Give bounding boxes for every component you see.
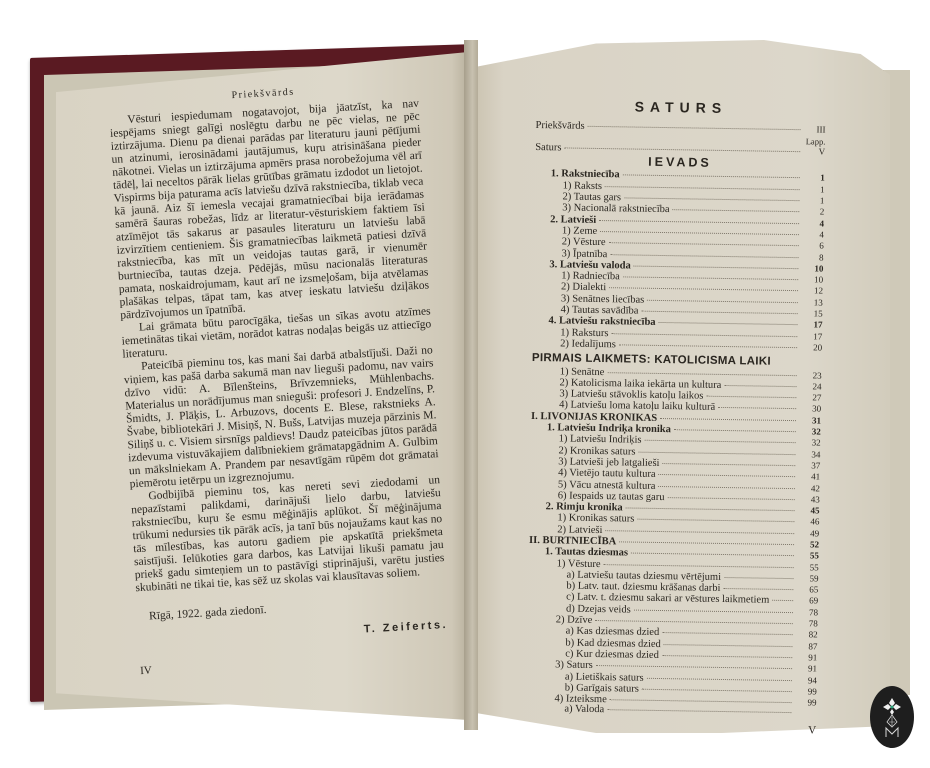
dot-leader: [631, 553, 794, 557]
dot-leader: [662, 463, 795, 466]
dot-leader: [723, 588, 793, 590]
dot-leader: [718, 407, 796, 409]
toc-entry-page: 12: [801, 286, 823, 297]
toc-entry-label: 1. Tautas dziesmas: [545, 547, 628, 559]
dot-leader: [724, 577, 793, 579]
dot-leader: [623, 277, 798, 281]
toc-entry-label: a) Valoda: [564, 705, 604, 716]
toc-entry-page: 94: [795, 675, 817, 686]
toc-entry-page: 30: [799, 404, 821, 415]
toc-entry-label: Saturs: [535, 143, 561, 154]
toc-entry-page: 99: [794, 697, 816, 708]
toc-entry-page: 17: [800, 320, 822, 331]
dot-leader: [724, 385, 796, 387]
dot-leader: [662, 632, 792, 635]
toc-entry-page: 1: [803, 173, 825, 184]
toc-entry-page: 32: [799, 437, 821, 448]
toc-entry-page: 69: [796, 596, 818, 607]
dot-leader: [638, 451, 795, 454]
toc-part-list: 1) Senātne232) Katolicisma laika iekārta…: [526, 365, 821, 719]
toc-entry-page: 6: [802, 240, 824, 251]
toc-intro-list: 1. Rakstniecība11) Raksts12) Tautas gars…: [532, 168, 825, 353]
toc-entry-label: 1) Raksts: [563, 181, 603, 192]
dot-leader: [623, 175, 800, 179]
dot-leader: [660, 418, 796, 421]
toc-entry-page: 10: [801, 274, 823, 285]
dot-leader: [607, 372, 796, 376]
author-signature: T. Zeiferts.: [138, 619, 448, 649]
toc-entry-page: 42: [798, 483, 820, 494]
dot-leader: [667, 497, 794, 500]
dot-leader: [624, 197, 799, 201]
dot-leader: [673, 210, 800, 213]
toc-entry-label: 2) Vēsture: [562, 238, 606, 249]
toc-entry-label: 1) Kronikas saturs: [557, 514, 634, 526]
toc-entry-page: 78: [796, 618, 818, 629]
toc-entry-label: 2) Latvieši: [557, 525, 602, 536]
book-gutter: [464, 40, 478, 730]
dot-leader: [596, 665, 792, 669]
dot-leader: [637, 519, 794, 522]
dot-leader: [647, 677, 792, 680]
dot-leader: [706, 396, 796, 398]
dot-leader: [619, 541, 794, 545]
toc-entry-page: 10: [801, 263, 823, 274]
dot-leader: [605, 186, 800, 190]
watermark-logo: [870, 686, 914, 748]
page-number-right: V: [526, 721, 816, 736]
dot-leader: [609, 242, 799, 246]
toc-entry-label: 2) Dzīve: [556, 615, 593, 626]
book-photo: Priekšvārds Vēsturi iespiedumam nogatavo…: [0, 0, 930, 768]
toc-entry-label: 1. Rakstniecība: [551, 170, 620, 181]
dot-leader: [641, 311, 797, 314]
toc-entry-label: 1) Raksturs: [560, 328, 608, 339]
toc-entry-page: 32: [799, 426, 821, 437]
toc-entry-page: 8: [801, 252, 823, 263]
toc-entry-page: 91: [795, 652, 817, 663]
toc-entry-label: 2. Latvieši: [550, 215, 596, 226]
dot-leader: [662, 655, 792, 658]
dot-leader: [595, 620, 793, 624]
toc-entry-label: 1) Zeme: [562, 226, 597, 237]
toc-entry-page: V: [803, 146, 825, 157]
dot-leader: [564, 147, 800, 152]
toc-entry-page: 46: [797, 517, 819, 528]
toc-entry-page: 13: [801, 297, 823, 308]
ornament-logo-icon: [877, 695, 907, 739]
toc-entry-page: 15: [801, 308, 823, 319]
dot-leader: [609, 288, 798, 292]
dot-leader: [644, 440, 795, 443]
toc-entry-page: 34: [798, 449, 820, 460]
toc-entry-page: 37: [798, 460, 820, 471]
toc-entry-page: 4: [802, 218, 824, 229]
dot-leader: [626, 508, 795, 512]
toc-entry-page: 82: [796, 630, 818, 641]
toc-entry-page: 23: [800, 370, 822, 381]
dot-leader: [658, 485, 795, 488]
toc-entry-page: 49: [797, 528, 819, 539]
table-of-contents: SATURS PriekšvārdsIIILapp.SatursV IEVADS…: [526, 100, 826, 736]
dot-leader: [634, 609, 793, 613]
toc-entry-page: 31: [799, 415, 821, 426]
toc-entry-page: 4: [802, 229, 824, 240]
toc-entry-page: 55: [797, 562, 819, 573]
toc-entry-page: 59: [796, 573, 818, 584]
toc-entry-label: 3) Saturs: [555, 661, 593, 672]
dot-leader: [659, 474, 796, 477]
dot-leader: [664, 644, 793, 647]
dot-leader: [634, 265, 799, 269]
foreword-paragraph: Vēsturi iespiedumam nogatavojot, bija jā…: [109, 98, 430, 323]
toc-entry-page: 78: [796, 607, 818, 618]
toc-entry-label: 1) Vēsture: [557, 559, 601, 570]
toc-entry-page: 17: [800, 331, 822, 342]
toc-entry-page: 24: [799, 381, 821, 392]
dot-leader: [674, 429, 796, 432]
toc-entry-page: 1: [802, 195, 824, 206]
dot-leader: [605, 530, 794, 534]
toc-entry-page: 27: [799, 392, 821, 403]
toc-entry-page: 55: [797, 550, 819, 561]
toc-entry-label: 1) Latviešu Indriķis: [559, 435, 642, 447]
toc-entry-label: Priekšvārds: [536, 121, 585, 132]
toc-entry-page: 99: [795, 686, 817, 697]
toc-entry-page: 1: [803, 184, 825, 195]
toc-entry-page: 52: [797, 539, 819, 550]
dot-leader: [604, 564, 794, 568]
dot-leader: [588, 126, 801, 130]
dot-leader: [647, 300, 798, 303]
dot-leader: [772, 600, 793, 601]
toc-entry-label: 1) Senātne: [560, 367, 605, 378]
toc-entry-page: 43: [798, 494, 820, 505]
toc-entry-page: 20: [800, 342, 822, 353]
dot-leader: [610, 254, 798, 258]
foreword-text: Priekšvārds Vēsturi iespiedumam nogatavo…: [108, 79, 450, 678]
toc-intro-heading: IEVADS: [535, 155, 825, 170]
toc-entry-label: 2) Dialekti: [561, 283, 606, 294]
toc-entry-page: III: [803, 125, 825, 136]
dot-leader: [619, 344, 797, 348]
dot-leader: [607, 710, 791, 714]
toc-entry-page: 2: [802, 207, 824, 218]
foreword-paragraph: Godbijībā pieminu tos, kas nereti sevi z…: [130, 474, 445, 595]
dot-leader: [642, 689, 792, 692]
toc-entry-label: 3) Īpatnība: [562, 249, 608, 260]
dot-leader: [599, 220, 799, 224]
dot-leader: [611, 333, 797, 337]
toc-entry-label: II. BURTNIECĪBA: [529, 536, 616, 548]
toc-entry-page: 45: [798, 505, 820, 516]
toc-entry-page: 91: [795, 663, 817, 674]
dot-leader: [659, 322, 798, 325]
foreword-paragraph: Pateicībā pieminu tos, kas mani šai darb…: [123, 344, 440, 491]
toc-front-matter: PriekšvārdsIIILapp.SatursV: [535, 120, 825, 157]
toc-entry-page: 65: [796, 584, 818, 595]
place-date: Rīgā, 1922. gada ziedonī.: [137, 594, 447, 624]
dot-leader: [610, 699, 792, 703]
toc-entry-page: 41: [798, 471, 820, 482]
dot-leader: [600, 231, 799, 235]
toc-entry-page: 87: [795, 641, 817, 652]
toc-entry-label: 2) Iedalījums: [560, 339, 616, 350]
